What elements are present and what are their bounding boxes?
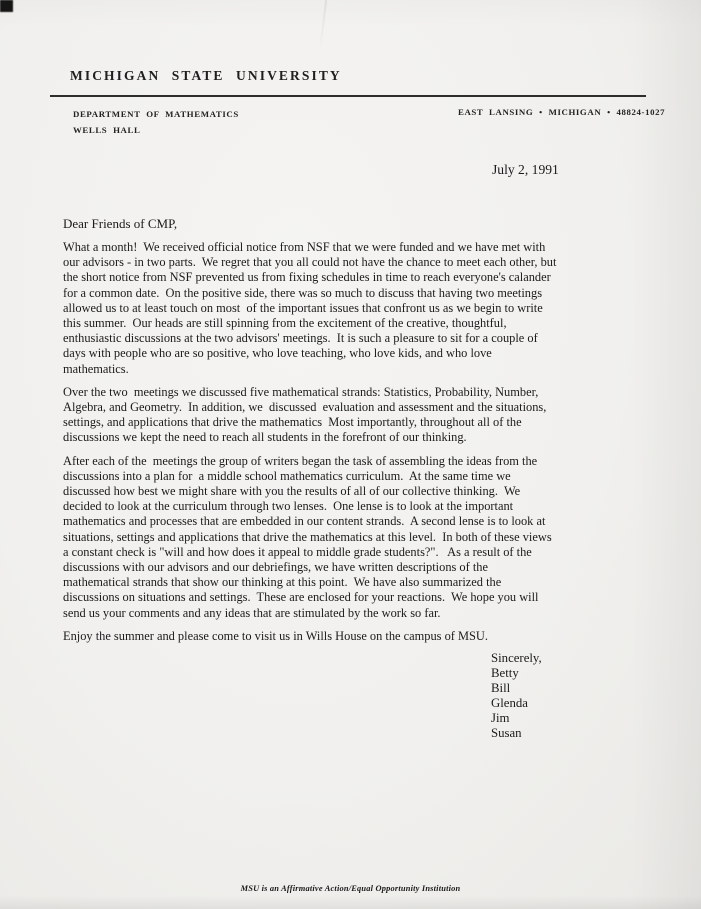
letter-paragraph: Enjoy the summer and please come to visi… [63, 629, 683, 644]
letter-paragraph: After each of the meetings the group of … [63, 454, 683, 621]
letter-date: July 2, 1991 [492, 162, 559, 178]
university-name: MICHIGAN STATE UNIVERSITY [70, 68, 342, 84]
valediction: Sincerely, [491, 651, 542, 666]
affirmative-action-footer: MSU is an Affirmative Action/Equal Oppor… [0, 884, 701, 893]
letter-page: MICHIGAN STATE UNIVERSITY DEPARTMENT OF … [0, 0, 701, 909]
scan-corner-artifact [0, 0, 13, 12]
salutation: Dear Friends of CMP, [63, 216, 177, 232]
university-address: EAST LANSING • MICHIGAN • 48824-1027 [458, 107, 665, 117]
signature-name: Betty [491, 666, 542, 681]
letterhead-divider [50, 95, 646, 97]
letter-paragraph: Over the two meetings we discussed five … [63, 385, 683, 446]
building-name: WELLS HALL [73, 123, 239, 139]
department-name: DEPARTMENT OF MATHEMATICS [73, 107, 239, 123]
closing-block: Sincerely, Betty Bill Glenda Jim Susan [491, 651, 542, 742]
department-block: DEPARTMENT OF MATHEMATICS WELLS HALL [73, 107, 239, 138]
signature-name: Glenda [491, 696, 542, 711]
scan-crease [319, 0, 327, 52]
letter-paragraph: What a month! We received official notic… [63, 240, 683, 377]
signature-name: Bill [491, 681, 542, 696]
letter-body: What a month! We received official notic… [63, 240, 683, 652]
signature-name: Susan [491, 726, 542, 741]
signature-name: Jim [491, 711, 542, 726]
